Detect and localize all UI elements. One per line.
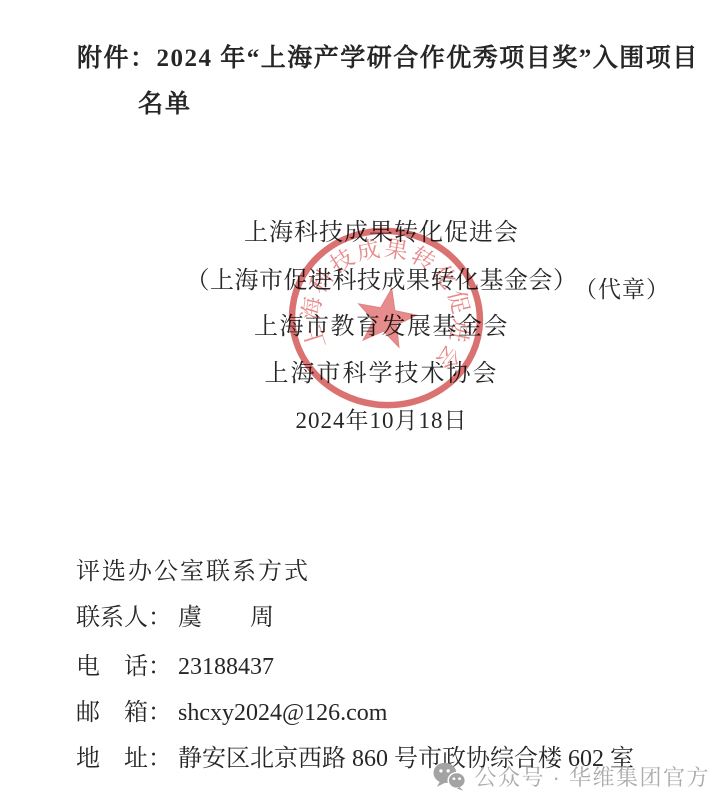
wechat-icon <box>431 761 467 792</box>
wechat-watermark: 公众号 · 华维集团官方 <box>431 761 710 792</box>
attachment-title-line2: 名单 <box>138 84 192 120</box>
contact-email-label: 邮 箱： <box>76 700 172 726</box>
contact-phone-label: 电 话： <box>76 654 172 680</box>
contact-address-label: 地 址： <box>76 746 172 772</box>
document-page: 附件：2024 年“上海产学研合作优秀项目奖”入围项目 名单 上海科技成果转化促… <box>0 0 723 803</box>
contact-email-value: shcxy2024@126.com <box>178 700 387 726</box>
contact-person-value: 虞 周 <box>178 605 274 631</box>
contact-row-email: 邮 箱：shcxy2024@126.com <box>76 692 387 727</box>
official-seal-stamp: 上海科技成果转化促进会 <box>284 224 488 412</box>
contact-section-header: 评选办公室联系方式 <box>76 551 310 586</box>
watermark-text: 公众号 · 华维集团官方 <box>474 761 710 792</box>
contact-row-phone: 电 话：23188437 <box>76 646 274 681</box>
contact-phone-value: 23188437 <box>178 654 274 680</box>
contact-person-label: 联系人： <box>76 605 172 631</box>
seal-star-icon <box>352 283 421 349</box>
on-behalf-seal-note: （代章） <box>574 271 670 304</box>
contact-row-person: 联系人：虞 周 <box>76 597 274 632</box>
attachment-title-line1: 附件：2024 年“上海产学研合作优秀项目奖”入围项目 <box>77 38 699 74</box>
